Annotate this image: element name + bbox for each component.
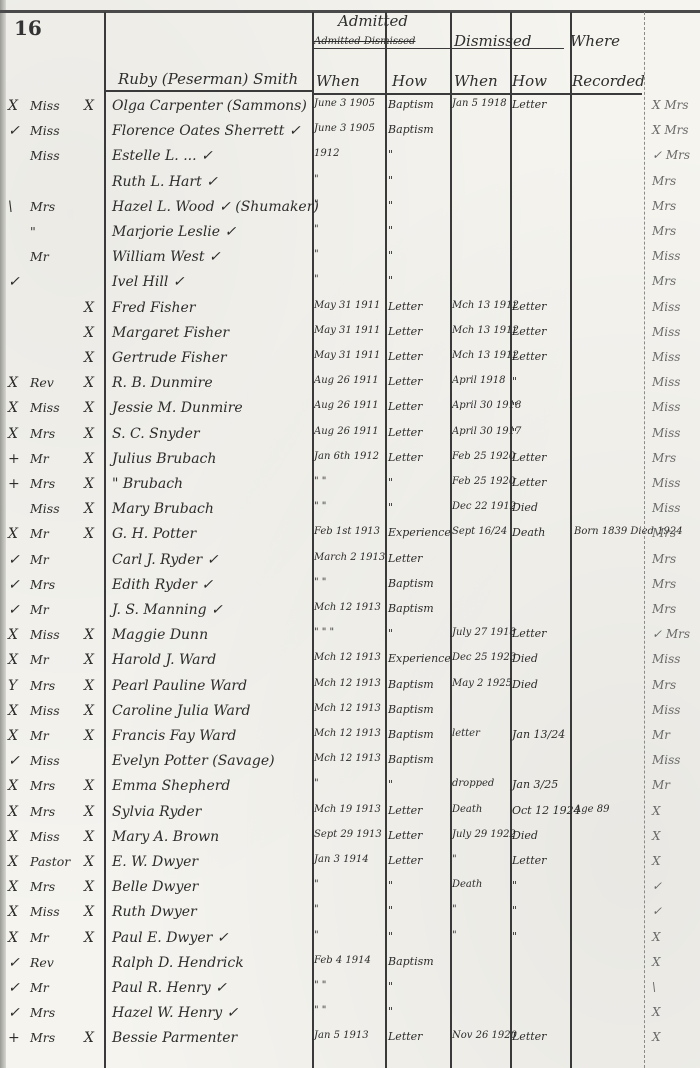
- dismissed-how: Letter: [512, 325, 568, 338]
- entry-title: Mr: [30, 980, 82, 995]
- entry-title: Mr: [30, 451, 82, 466]
- member-name: Caroline Julia Ward: [112, 703, 312, 719]
- margin-annotation: X Mrs: [652, 98, 700, 112]
- register-entry: X Mrs X Belle Dwyer " " Death " ✓: [0, 879, 700, 903]
- member-name: Mary A. Brown: [112, 829, 312, 845]
- margin-annotation: \: [652, 980, 700, 994]
- dismissed-how: ": [512, 375, 568, 388]
- check-mark-right: X: [84, 703, 102, 719]
- admitted-how: Experience: [388, 652, 450, 665]
- margin-annotation: Mrs: [652, 451, 700, 465]
- register-entry: X Mr X Francis Fay Ward Mch 12 1913 Bapt…: [0, 728, 700, 752]
- margin-annotation: ✓ Mrs: [652, 627, 700, 641]
- admitted-when: ": [314, 879, 384, 890]
- margin-annotation: X Mrs: [652, 123, 700, 137]
- admitted-how: Letter: [388, 451, 450, 464]
- check-mark-right: X: [84, 350, 102, 366]
- check-mark-right: X: [84, 98, 102, 114]
- admitted-when: Mch 12 1913: [314, 602, 384, 613]
- margin-annotation: Miss: [652, 652, 700, 666]
- dismissed-group-header: Dismissed: [454, 32, 531, 50]
- dismissed-how: Died: [512, 501, 568, 514]
- check-mark-left: ✓: [8, 274, 34, 290]
- dismissed-when: Feb 25 1920: [452, 451, 510, 462]
- entry-title: Mr: [30, 526, 82, 541]
- margin-annotation: Mrs: [652, 526, 700, 540]
- admitted-how: ": [388, 249, 450, 262]
- entry-title: Miss: [30, 703, 82, 718]
- margin-annotation: Mrs: [652, 199, 700, 213]
- check-mark-right: X: [84, 325, 102, 341]
- register-entry: " Marjorie Leslie ✓ " " Mrs: [0, 224, 700, 248]
- admitted-when: Aug 26 1911: [314, 400, 384, 411]
- dismissed-when: Feb 25 1920: [452, 476, 510, 487]
- check-mark-right: X: [84, 829, 102, 845]
- admitted-how: ": [388, 980, 450, 993]
- dismissed-how: Letter: [512, 300, 568, 313]
- admitted-how: ": [388, 224, 450, 237]
- check-mark-right: X: [84, 1030, 102, 1046]
- entry-title: Miss: [30, 123, 82, 138]
- entry-title: Miss: [30, 753, 82, 768]
- dismissed-when: Sept 16/24: [452, 526, 510, 537]
- margin-annotation: Mr: [652, 728, 700, 742]
- check-mark-right: X: [84, 526, 102, 542]
- margin-annotation: Miss: [652, 703, 700, 717]
- margin-annotation: ✓: [652, 879, 700, 893]
- admitted-when: " ": [314, 1005, 384, 1016]
- check-mark-right: X: [84, 879, 102, 895]
- member-name: Maggie Dunn: [112, 627, 312, 643]
- admitted-how: ": [388, 930, 450, 943]
- entry-title: Mrs: [30, 577, 82, 592]
- page-number: 16: [14, 16, 42, 40]
- header-rule-columns: [312, 93, 642, 95]
- check-mark-right: X: [84, 728, 102, 744]
- margin-annotation: X: [652, 1030, 700, 1044]
- entry-title: Mr: [30, 728, 82, 743]
- register-entry: X Mrs X S. C. Snyder Aug 26 1911 Letter …: [0, 426, 700, 450]
- entry-title: Mrs: [30, 476, 82, 491]
- register-entry: Miss Estelle L. ... ✓ 1912 " ✓ Mrs: [0, 148, 700, 172]
- register-entry: X Pastor X E. W. Dwyer Jan 3 1914 Letter…: [0, 854, 700, 878]
- entry-title: Mrs: [30, 199, 82, 214]
- dismissed-how: Letter: [512, 451, 568, 464]
- admitted-how: ": [388, 627, 450, 640]
- entry-title: Mr: [30, 249, 82, 264]
- dismissed-when: ": [452, 904, 510, 915]
- admitted-how: Baptism: [388, 602, 450, 615]
- register-entry: ✓ Mr Paul R. Henry ✓ " " " \: [0, 980, 700, 1004]
- entry-title: Mrs: [30, 879, 82, 894]
- member-name: G. H. Potter: [112, 526, 312, 542]
- margin-annotation: ✓: [652, 904, 700, 918]
- admitted-how: Letter: [388, 426, 450, 439]
- admitted-how: Baptism: [388, 577, 450, 590]
- admitted-when: May 31 1911: [314, 350, 384, 361]
- admitted-how: ": [388, 879, 450, 892]
- dismissed-when: April 1918: [452, 375, 510, 386]
- member-name: Olga Carpenter (Sammons): [112, 98, 312, 114]
- dismissed-how: Jan 13/24: [512, 728, 568, 741]
- margin-annotation: Miss: [652, 476, 700, 490]
- dismissed-when: July 27 1918: [452, 627, 510, 638]
- admitted-when: March 2 1913: [314, 552, 384, 563]
- dismissed-how-header: How: [512, 72, 547, 90]
- member-name: Carl J. Ryder ✓: [112, 552, 312, 568]
- member-name: Ruth Dwyer: [112, 904, 312, 920]
- member-name: Harold J. Ward: [112, 652, 312, 668]
- register-entry: + Mrs X Bessie Parmenter Jan 5 1913 Lett…: [0, 1030, 700, 1054]
- admitted-how: Baptism: [388, 728, 450, 741]
- dismissed-when: dropped: [452, 778, 510, 789]
- admitted-when: Aug 26 1911: [314, 375, 384, 386]
- admitted-how: Letter: [388, 300, 450, 313]
- register-entry: Y Mrs X Pearl Pauline Ward Mch 12 1913 B…: [0, 678, 700, 702]
- admitted-when: Jan 5 1913: [314, 1030, 384, 1041]
- dismissed-when-header: When: [454, 72, 498, 90]
- margin-annotation: Miss: [652, 249, 700, 263]
- admitted-when: Mch 12 1913: [314, 728, 384, 739]
- register-entry: Ruth L. Hart ✓ " " Mrs: [0, 174, 700, 198]
- check-mark-right: X: [84, 930, 102, 946]
- member-name: Hazel L. Wood ✓ (Shumaker): [112, 199, 312, 215]
- entry-title: Miss: [30, 98, 82, 113]
- admitted-how: Baptism: [388, 98, 450, 111]
- register-entry: ✓ Miss Florence Oates Sherrett ✓ June 3 …: [0, 123, 700, 147]
- check-mark-right: X: [84, 678, 102, 694]
- member-name: Gertrude Fisher: [112, 350, 312, 366]
- margin-annotation: Miss: [652, 501, 700, 515]
- register-entry: X Gertrude Fisher May 31 1911 Letter Mch…: [0, 350, 700, 374]
- member-name: Pearl Pauline Ward: [112, 678, 312, 694]
- register-page: 16 Ruby (Peserman) Smith Admitted Admitt…: [0, 0, 700, 1068]
- margin-annotation: Mr: [652, 778, 700, 792]
- admitted-when: ": [314, 778, 384, 789]
- entry-title: Mr: [30, 552, 82, 567]
- register-entry: ✓ Mrs Edith Ryder ✓ " " Baptism Mrs: [0, 577, 700, 601]
- admitted-how: Letter: [388, 375, 450, 388]
- check-mark-right: X: [84, 627, 102, 643]
- admitted-when: June 3 1905: [314, 123, 384, 134]
- dismissed-how: Letter: [512, 854, 568, 867]
- admitted-how: Experience: [388, 526, 450, 539]
- margin-annotation: Miss: [652, 426, 700, 440]
- dismissed-how: Oct 12 1924: [512, 804, 568, 817]
- entry-title: ": [30, 224, 82, 239]
- register-entry: X Miss X Maggie Dunn " " " " July 27 191…: [0, 627, 700, 651]
- margin-annotation: Mrs: [652, 577, 700, 591]
- register-entry: ✓ Rev Ralph D. Hendrick Feb 4 1914 Bapti…: [0, 955, 700, 979]
- admitted-when: Feb 4 1914: [314, 955, 384, 966]
- member-name: Ivel Hill ✓: [112, 274, 312, 290]
- dismissed-how: Letter: [512, 476, 568, 489]
- member-name: Paul E. Dwyer ✓: [112, 930, 312, 946]
- entry-title: Pastor: [30, 854, 82, 869]
- admitted-how: Letter: [388, 829, 450, 842]
- member-name: Estelle L. ... ✓: [112, 148, 312, 164]
- admitted-how: Letter: [388, 854, 450, 867]
- member-name: R. B. Dunmire: [112, 375, 312, 391]
- member-name: Marjorie Leslie ✓: [112, 224, 312, 240]
- register-entry: ✓ Ivel Hill ✓ " " Mrs: [0, 274, 700, 298]
- entry-title: Rev: [30, 375, 82, 390]
- margin-annotation: X: [652, 854, 700, 868]
- admitted-when: ": [314, 199, 384, 210]
- dismissed-when: Dec 22 1912: [452, 501, 510, 512]
- name-column-header: Ruby (Peserman) Smith: [118, 70, 298, 88]
- admitted-how: Baptism: [388, 955, 450, 968]
- entry-title: Miss: [30, 501, 82, 516]
- dismissed-how: Died: [512, 829, 568, 842]
- admitted-when: May 31 1911: [314, 325, 384, 336]
- entry-title: Miss: [30, 904, 82, 919]
- margin-annotation: Miss: [652, 300, 700, 314]
- dismissed-how: Letter: [512, 98, 568, 111]
- dismissed-how: ": [512, 426, 568, 439]
- dismissed-when: Mch 13 1912: [452, 325, 510, 336]
- margin-annotation: Miss: [652, 400, 700, 414]
- dismissed-how: ": [512, 930, 568, 943]
- register-entry: X Mr X Harold J. Ward Mch 12 1913 Experi…: [0, 652, 700, 676]
- member-name: Paul R. Henry ✓: [112, 980, 312, 996]
- member-name: J. S. Manning ✓: [112, 602, 312, 618]
- where-recorded: Born 1839 Died 1924: [574, 526, 644, 537]
- member-name: Sylvia Ryder: [112, 804, 312, 820]
- dismissed-how: ": [512, 400, 568, 413]
- admitted-how: Letter: [388, 400, 450, 413]
- admitted-when: Mch 12 1913: [314, 678, 384, 689]
- admitted-how: Letter: [388, 325, 450, 338]
- member-name: Ralph D. Hendrick: [112, 955, 312, 971]
- register-entry: X Miss X Caroline Julia Ward Mch 12 1913…: [0, 703, 700, 727]
- check-mark-right: X: [84, 501, 102, 517]
- admitted-how-header: How: [392, 72, 427, 90]
- member-name: Belle Dwyer: [112, 879, 312, 895]
- check-mark-right: X: [84, 904, 102, 920]
- header-rule-admitted: [312, 48, 452, 49]
- admitted-how: Baptism: [388, 678, 450, 691]
- register-entry: ✓ Mrs Hazel W. Henry ✓ " " " X: [0, 1005, 700, 1029]
- dismissed-how: Died: [512, 678, 568, 691]
- member-name: " Brubach: [112, 476, 312, 492]
- margin-annotation: Mrs: [652, 224, 700, 238]
- margin-annotation: X: [652, 930, 700, 944]
- admitted-when: " ": [314, 476, 384, 487]
- check-mark-right: X: [84, 804, 102, 820]
- entry-title: Mrs: [30, 778, 82, 793]
- admitted-when: Mch 12 1913: [314, 652, 384, 663]
- check-mark-right: X: [84, 400, 102, 416]
- member-name: Emma Shepherd: [112, 778, 312, 794]
- where-header: Where: [570, 32, 620, 50]
- dismissed-how: Died: [512, 652, 568, 665]
- dismissed-how: ": [512, 879, 568, 892]
- admitted-how: Letter: [388, 552, 450, 565]
- admitted-how: Letter: [388, 804, 450, 817]
- member-name: Bessie Parmenter: [112, 1030, 312, 1046]
- admitted-how: Letter: [388, 1030, 450, 1043]
- header-rule-name: [104, 90, 312, 92]
- entry-title: Miss: [30, 400, 82, 415]
- margin-annotation: Miss: [652, 350, 700, 364]
- admitted-when: Jan 6th 1912: [314, 451, 384, 462]
- admitted-when: " ": [314, 980, 384, 991]
- dismissed-when: Mch 13 1912: [452, 350, 510, 361]
- admitted-how: ": [388, 501, 450, 514]
- register-entry: \ Mrs Hazel L. Wood ✓ (Shumaker) " " Mrs: [0, 199, 700, 223]
- margin-annotation: X: [652, 804, 700, 818]
- dismissed-when: April 30 1917: [452, 426, 510, 437]
- member-name: Margaret Fisher: [112, 325, 312, 341]
- register-entry: X Mrs X Emma Shepherd " " dropped Jan 3/…: [0, 778, 700, 802]
- register-entry: ✓ Mr J. S. Manning ✓ Mch 12 1913 Baptism…: [0, 602, 700, 626]
- member-name: S. C. Snyder: [112, 426, 312, 442]
- register-entry: X Mr X Paul E. Dwyer ✓ " " " " X: [0, 930, 700, 954]
- admitted-when: Aug 26 1911: [314, 426, 384, 437]
- member-name: Florence Oates Sherrett ✓: [112, 123, 312, 139]
- admitted-when: ": [314, 930, 384, 941]
- check-mark-right: X: [84, 854, 102, 870]
- admitted-how: Baptism: [388, 703, 450, 716]
- margin-annotation: X: [652, 955, 700, 969]
- entry-title: Mr: [30, 652, 82, 667]
- admitted-group-header: Admitted: [338, 12, 408, 30]
- register-entry: Mr William West ✓ " " Miss: [0, 249, 700, 273]
- admitted-struck-header: Admitted Dismissed: [314, 36, 415, 47]
- member-name: Ruth L. Hart ✓: [112, 174, 312, 190]
- margin-annotation: X: [652, 829, 700, 843]
- member-name: Evelyn Potter (Savage): [112, 753, 312, 769]
- entry-title: Mr: [30, 930, 82, 945]
- check-mark-right: X: [84, 652, 102, 668]
- entry-title: Mrs: [30, 1005, 82, 1020]
- entry-title: Mrs: [30, 426, 82, 441]
- admitted-when: " ": [314, 501, 384, 512]
- register-entry: X Miss X Ruth Dwyer " " " " ✓: [0, 904, 700, 928]
- member-name: William West ✓: [112, 249, 312, 265]
- admitted-when: ": [314, 174, 384, 185]
- check-mark-right: X: [84, 451, 102, 467]
- dismissed-when: Nov 26 1920: [452, 1030, 510, 1041]
- admitted-how: ": [388, 274, 450, 287]
- entry-title: Rev: [30, 955, 82, 970]
- admitted-when: " ": [314, 577, 384, 588]
- dismissed-when: July 29 1922: [452, 829, 510, 840]
- margin-annotation: Mrs: [652, 174, 700, 188]
- dismissed-when: Dec 25 1923: [452, 652, 510, 663]
- margin-annotation: Miss: [652, 753, 700, 767]
- admitted-how: Letter: [388, 350, 450, 363]
- admitted-when: ": [314, 904, 384, 915]
- dismissed-when: April 30 1918: [452, 400, 510, 411]
- admitted-how: ": [388, 148, 450, 161]
- member-name: Mary Brubach: [112, 501, 312, 517]
- admitted-when: Sept 29 1913: [314, 829, 384, 840]
- check-mark-right: X: [84, 426, 102, 442]
- check-mark-right: X: [84, 300, 102, 316]
- check-mark-right: X: [84, 476, 102, 492]
- dismissed-how: Letter: [512, 1030, 568, 1043]
- entry-title: Miss: [30, 148, 82, 163]
- margin-annotation: ✓ Mrs: [652, 148, 700, 162]
- dismissed-how: Jan 3/25: [512, 778, 568, 791]
- admitted-how: ": [388, 778, 450, 791]
- admitted-how: ": [388, 904, 450, 917]
- admitted-when: Mch 19 1913: [314, 804, 384, 815]
- register-entry: X Rev X R. B. Dunmire Aug 26 1911 Letter…: [0, 375, 700, 399]
- admitted-how: ": [388, 199, 450, 212]
- entry-title: Mr: [30, 602, 82, 617]
- register-entry: X Mrs X Sylvia Ryder Mch 19 1913 Letter …: [0, 804, 700, 828]
- margin-annotation: Miss: [652, 325, 700, 339]
- dismissed-when: ": [452, 930, 510, 941]
- admitted-how: Baptism: [388, 123, 450, 136]
- register-entry: ✓ Mr Carl J. Ryder ✓ March 2 1913 Letter…: [0, 552, 700, 576]
- admitted-when: ": [314, 249, 384, 260]
- admitted-when: Feb 1st 1913: [314, 526, 384, 537]
- entry-title: Miss: [30, 627, 82, 642]
- margin-annotation: Mrs: [652, 678, 700, 692]
- admitted-how: Baptism: [388, 753, 450, 766]
- admitted-how: ": [388, 174, 450, 187]
- admitted-when: June 3 1905: [314, 98, 384, 109]
- check-mark-right: X: [84, 778, 102, 794]
- member-name: Francis Fay Ward: [112, 728, 312, 744]
- admitted-when: Mch 12 1913: [314, 703, 384, 714]
- dismissed-how: Death: [512, 526, 568, 539]
- dismissed-when: Mch 13 1912: [452, 300, 510, 311]
- entry-title: Mrs: [30, 678, 82, 693]
- entry-title: Mrs: [30, 804, 82, 819]
- member-name: Fred Fisher: [112, 300, 312, 316]
- margin-annotation: Miss: [652, 375, 700, 389]
- check-mark-right: X: [84, 375, 102, 391]
- register-entry: + Mr X Julius Brubach Jan 6th 1912 Lette…: [0, 451, 700, 475]
- register-entry: Miss X Mary Brubach " " " Dec 22 1912 Di…: [0, 501, 700, 525]
- register-entry: + Mrs X " Brubach " " " Feb 25 1920 Lett…: [0, 476, 700, 500]
- margin-annotation: X: [652, 1005, 700, 1019]
- member-name: Hazel W. Henry ✓: [112, 1005, 312, 1021]
- register-entry: ✓ Miss Evelyn Potter (Savage) Mch 12 191…: [0, 753, 700, 777]
- admitted-when: ": [314, 274, 384, 285]
- admitted-when: Jan 3 1914: [314, 854, 384, 865]
- admitted-how: ": [388, 476, 450, 489]
- register-entry: X Miss X Olga Carpenter (Sammons) June 3…: [0, 98, 700, 122]
- admitted-how: ": [388, 1005, 450, 1018]
- dismissed-when: Death: [452, 804, 510, 815]
- admitted-when: " " ": [314, 627, 384, 638]
- admitted-when-header: When: [316, 72, 360, 90]
- admitted-when: ": [314, 224, 384, 235]
- register-entry: X Miss X Mary A. Brown Sept 29 1913 Lett…: [0, 829, 700, 853]
- admitted-when: 1912: [314, 148, 384, 159]
- entry-title: Miss: [30, 829, 82, 844]
- recorded-header: Recorded: [572, 72, 645, 90]
- entry-title: Mrs: [30, 1030, 82, 1045]
- member-name: Jessie M. Dunmire: [112, 400, 312, 416]
- dismissed-when: May 2 1925: [452, 678, 510, 689]
- dismissed-how: Letter: [512, 350, 568, 363]
- dismissed-how: ": [512, 904, 568, 917]
- register-entry: X Margaret Fisher May 31 1911 Letter Mch…: [0, 325, 700, 349]
- margin-annotation: Mrs: [652, 602, 700, 616]
- margin-annotation: Mrs: [652, 274, 700, 288]
- dismissed-when: Death: [452, 879, 510, 890]
- margin-annotation: Mrs: [652, 552, 700, 566]
- dismissed-when: ": [452, 854, 510, 865]
- admitted-when: May 31 1911: [314, 300, 384, 311]
